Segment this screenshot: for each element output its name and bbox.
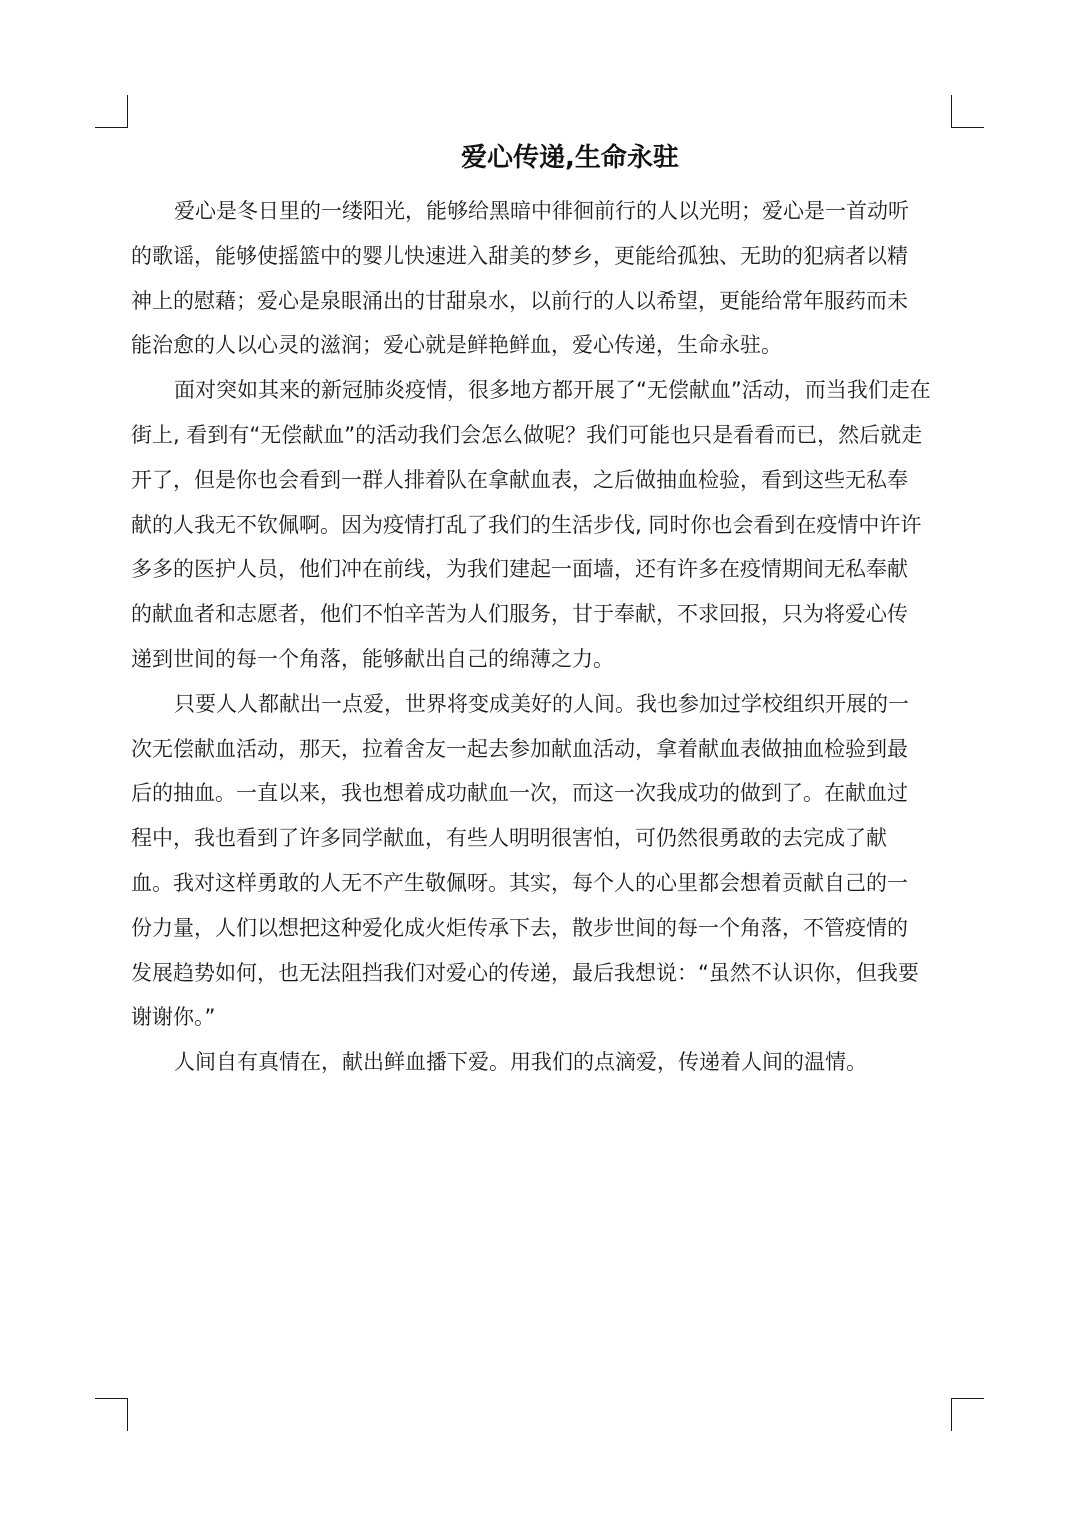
text-line: 街上, 看到有“无偿献血”的活动我们会怎么做呢？我们可能也只是看看而已，然后就走 [131, 413, 961, 458]
text-line: 递到世间的每一个角落，能够献出自己的绵薄之力。 [131, 637, 961, 682]
crop-mark-bottom-right [951, 1398, 984, 1431]
text-line: 面对突如其来的新冠肺炎疫情，很多地方都开展了“无偿献血”活动，而当我们走在 [131, 368, 961, 413]
text-line: 血。我对这样勇敢的人无不产生敬佩呀。其实，每个人的心里都会想着贡献自己的一 [131, 861, 961, 906]
text-line: 的歌谣，能够使摇篮中的婴儿快速进入甜美的梦乡，更能给孤独、无助的犯病者以精 [131, 234, 961, 279]
crop-mark-top-left [95, 95, 128, 128]
document-page: 爱心传递,生命永驻 爱心是冬日里的一缕阳光，能够给黑暗中徘徊前行的人以光明；爱心… [0, 0, 1080, 1527]
paragraph-1: 爱心是冬日里的一缕阳光，能够给黑暗中徘徊前行的人以光明；爱心是一首动听 的歌谣，… [131, 189, 961, 368]
text-line: 能治愈的人以心灵的滋润；爱心就是鲜艳鲜血，爱心传递，生命永驻。 [131, 323, 961, 368]
text-line: 开了，但是你也会看到一群人排着队在拿献血表，之后做抽血检验，看到这些无私奉 [131, 458, 961, 503]
document-title: 爱心传递,生命永驻 [0, 138, 1080, 178]
text-line: 献的人我无不钦佩啊。因为疫情打乱了我们的生活步伐, 同时你也会看到在疫情中许许 [131, 503, 961, 548]
text-line: 只要人人都献出一点爱，世界将变成美好的人间。我也参加过学校组织开展的一 [131, 682, 961, 727]
crop-mark-bottom-left [95, 1398, 128, 1431]
text-line: 谢谢你。” [131, 995, 961, 1040]
paragraph-3: 只要人人都献出一点爱，世界将变成美好的人间。我也参加过学校组织开展的一 次无偿献… [131, 682, 961, 1040]
text-line: 发展趋势如何，也无法阻挡我们对爱心的传递，最后我想说：“虽然不认识你，但我要 [131, 951, 961, 996]
text-line: 次无偿献血活动，那天，拉着舍友一起去参加献血活动，拿着献血表做抽血检验到最 [131, 727, 961, 772]
text-line: 程中，我也看到了许多同学献血，有些人明明很害怕，可仍然很勇敢的去完成了献 [131, 816, 961, 861]
text-line: 的献血者和志愿者，他们不怕辛苦为人们服务，甘于奉献，不求回报，只为将爱心传 [131, 592, 961, 637]
text-line: 份力量，人们以想把这种爱化成火炬传承下去，散步世间的每一个角落，不管疫情的 [131, 906, 961, 951]
paragraph-4: 人间自有真情在，献出鲜血播下爱。用我们的点滴爱，传递着人间的温情。 [131, 1040, 961, 1085]
paragraph-2: 面对突如其来的新冠肺炎疫情，很多地方都开展了“无偿献血”活动，而当我们走在 街上… [131, 368, 961, 682]
text-line: 后的抽血。一直以来，我也想着成功献血一次，而这一次我成功的做到了。在献血过 [131, 771, 961, 816]
text-line: 神上的慰藉；爱心是泉眼涌出的甘甜泉水，以前行的人以希望，更能给常年服药而未 [131, 279, 961, 324]
text-line: 人间自有真情在，献出鲜血播下爱。用我们的点滴爱，传递着人间的温情。 [131, 1040, 961, 1085]
text-line: 多多的医护人员，他们冲在前线，为我们建起一面墙，还有许多在疫情期间无私奉献 [131, 547, 961, 592]
crop-mark-top-right [951, 95, 984, 128]
text-line: 爱心是冬日里的一缕阳光，能够给黑暗中徘徊前行的人以光明；爱心是一首动听 [131, 189, 961, 234]
document-body: 爱心是冬日里的一缕阳光，能够给黑暗中徘徊前行的人以光明；爱心是一首动听 的歌谣，… [131, 189, 961, 1085]
